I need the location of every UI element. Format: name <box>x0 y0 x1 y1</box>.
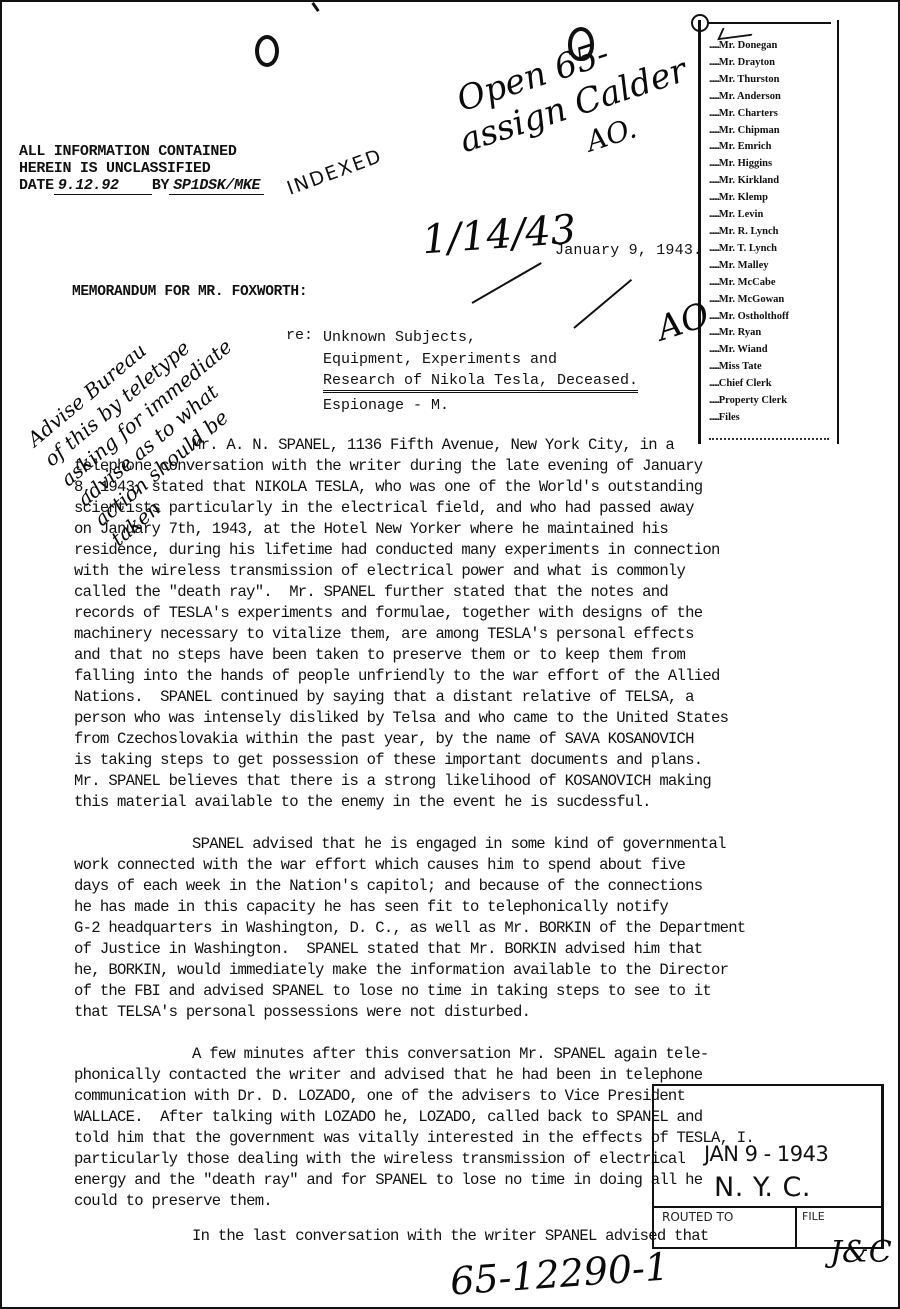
routing-slip-entry: ......Chief Clerk <box>709 376 789 393</box>
body-line: that TELSA's personal possessions were n… <box>74 1002 794 1023</box>
routing-name: Mr. Levin <box>719 209 764 220</box>
routing-dots: ...... <box>709 175 719 186</box>
routing-slip-entry: ......Mr. Ryan <box>709 325 789 342</box>
routing-slip-entry: ......Mr. Charters <box>709 106 789 123</box>
body-line: with the wireless transmission of electr… <box>74 561 794 582</box>
declass-by-label: BY <box>152 177 169 194</box>
stamp-border-left <box>652 1084 654 1247</box>
body-line: residence, during his lifetime had condu… <box>74 540 794 561</box>
routing-slip: ......Mr. Donegan......Mr. Drayton......… <box>698 20 839 444</box>
routing-dots: ...... <box>709 311 719 322</box>
body-line: scientists particularly in the electrica… <box>74 498 794 519</box>
routing-name: Miss Tate <box>719 361 762 372</box>
routing-slip-entry: ......Mr. Malley <box>709 258 789 275</box>
body-line: Mr. A. N. SPANEL, 1136 Fifth Avenue, New… <box>74 435 794 456</box>
subject-line-2: Equipment, Experiments and <box>323 349 638 371</box>
body-line: is taking steps to get possession of the… <box>74 750 794 771</box>
routing-slip-entry: ......Mr. R. Lynch <box>709 224 789 241</box>
body-line: he has made in this capacity he has seen… <box>74 897 794 918</box>
routing-name: Mr. Ostholthoff <box>719 311 789 322</box>
routing-name: Property Clerk <box>719 395 787 406</box>
body-line: of Justice in Washington. SPANEL stated … <box>74 939 794 960</box>
routing-dots: ...... <box>709 226 719 237</box>
routing-dots: ...... <box>709 344 719 355</box>
body-line: falling into the hands of people unfrien… <box>74 666 794 687</box>
body-line: of the FBI and advised SPANEL to lose no… <box>74 981 794 1002</box>
routing-dots: ...... <box>709 243 719 254</box>
memo-page: ALL INFORMATION CONTAINED HEREIN IS UNCL… <box>0 0 900 1309</box>
routing-slip-entry: ......Mr. Levin <box>709 207 789 224</box>
routing-dots: ...... <box>709 91 719 102</box>
received-stamp: JAN 9 - 1943 N. Y. C. ROUTED TO FILE <box>652 1084 884 1247</box>
routing-slip-entry: ......Files <box>709 410 789 427</box>
routing-dots: ...... <box>709 141 719 152</box>
paragraph-gap <box>74 813 794 834</box>
pen-stroke <box>472 262 542 304</box>
routing-slip-entry: ......Mr. Wiand <box>709 342 789 359</box>
routing-name: Mr. Drayton <box>719 57 775 68</box>
body-line: this material available to the enemy in … <box>74 792 794 813</box>
memo-date: January 9, 1943. <box>555 242 702 259</box>
routing-top-line <box>707 22 831 24</box>
body-line: 8, 1943, stated that NIKOLA TESLA, who w… <box>74 477 794 498</box>
re-label: re: <box>286 327 313 344</box>
declassification-stamp: ALL INFORMATION CONTAINED HEREIN IS UNCL… <box>19 143 264 195</box>
routing-circle-mark <box>691 14 709 32</box>
body-line: and that no steps have been taken to pre… <box>74 645 794 666</box>
routing-slip-entry: ......Mr. Drayton <box>709 55 789 72</box>
body-line: he, BORKIN, would immediately make the i… <box>74 960 794 981</box>
routing-name: Mr. R. Lynch <box>719 226 779 237</box>
routing-dots: ...... <box>709 395 719 406</box>
handwritten-stamp-initials: J&C <box>830 1235 892 1270</box>
routing-dots: ...... <box>709 158 719 169</box>
indexed-stamp: INDEXED <box>284 145 386 200</box>
routing-slip-entry: ......Mr. Anderson <box>709 89 789 106</box>
stamp-file-label: FILE <box>802 1210 825 1223</box>
routing-dots: ...... <box>709 209 719 220</box>
body-line: records of TESLA's experiments and formu… <box>74 603 794 624</box>
subject-line-3: Research of Nikola Tesla, Deceased. <box>323 372 638 393</box>
routing-dots: ...... <box>709 260 719 271</box>
routing-name: Mr. McCabe <box>719 277 776 288</box>
routing-dots: ...... <box>709 378 719 389</box>
subject-line-1: Unknown Subjects, <box>323 327 638 349</box>
routing-name: Mr. Higgins <box>719 158 772 169</box>
routing-dots: ...... <box>709 294 719 305</box>
body-line: called the "death ray". Mr. SPANEL furth… <box>74 582 794 603</box>
routing-dots: ...... <box>709 277 719 288</box>
declass-date-value: 9.12.92 <box>54 177 152 195</box>
routing-dots: ...... <box>709 74 719 85</box>
routing-name: Mr. Wiand <box>719 344 768 355</box>
routing-dots: ...... <box>709 125 719 136</box>
stamp-city: N. Y. C. <box>714 1172 811 1203</box>
body-paragraph: SPANEL advised that he is engaged in som… <box>74 834 794 1023</box>
body-line: on January 7th, 1943, at the Hotel New Y… <box>74 519 794 540</box>
paragraph-gap <box>74 1023 794 1044</box>
punch-hole-mark-left <box>255 35 279 67</box>
body-line: Nations. SPANEL continued by saying that… <box>74 687 794 708</box>
last-paragraph-line: In the last conversation with the writer… <box>192 1227 708 1245</box>
routing-slip-entry: ......Mr. Donegan <box>709 38 789 55</box>
body-line: telephone conversation with the writer d… <box>74 456 794 477</box>
declass-by-value: SP1DSK/MKE <box>169 177 264 195</box>
routing-dots: ...... <box>709 412 719 423</box>
routing-dots: ...... <box>709 57 719 68</box>
routing-name: Mr. Kirkland <box>719 175 779 186</box>
pen-tick-mark <box>311 2 319 12</box>
routing-name: Mr. Ryan <box>719 327 761 338</box>
routing-dots: ...... <box>709 40 719 51</box>
routing-name: Mr. Malley <box>719 260 769 271</box>
body-paragraph: Mr. A. N. SPANEL, 1136 Fifth Avenue, New… <box>74 435 794 813</box>
declass-date-label: DATE <box>19 177 54 194</box>
body-line: A few minutes after this conversation Mr… <box>74 1044 794 1065</box>
routing-name: Mr. Anderson <box>719 91 781 102</box>
handwritten-file-number: 65-12290-1 <box>449 1244 671 1303</box>
routing-name: Chief Clerk <box>719 378 772 389</box>
routing-slip-entry: ......Mr. McCabe <box>709 275 789 292</box>
stamp-border-right <box>881 1084 884 1247</box>
case-classification: Espionage - M. <box>323 397 449 414</box>
stamp-date: JAN 9 - 1943 <box>704 1142 828 1166</box>
body-line: machinery necessary to vitalize them, ar… <box>74 624 794 645</box>
routing-dots: ...... <box>709 361 719 372</box>
stamp-divider <box>652 1206 884 1208</box>
routing-name: Mr. Chipman <box>719 125 780 136</box>
routing-slip-entry: ......Mr. Chipman <box>709 123 789 140</box>
subject-block: Unknown Subjects, Equipment, Experiments… <box>323 327 638 392</box>
routing-slip-entry: ......Property Clerk <box>709 393 789 410</box>
body-line: G-2 headquarters in Washington, D. C., a… <box>74 918 794 939</box>
routing-slip-entry: ......Mr. Higgins <box>709 156 789 173</box>
body-line: phonically contacted the writer and advi… <box>74 1065 794 1086</box>
body-line: Mr. SPANEL believes that there is a stro… <box>74 771 794 792</box>
routing-slip-entry: ......Mr. T. Lynch <box>709 241 789 258</box>
routing-name: Mr. Emrich <box>719 141 772 152</box>
routing-slip-entry: ......Mr. Kirkland <box>709 173 789 190</box>
routing-name: Mr. Donegan <box>719 40 778 51</box>
body-line: person who was intensely disliked by Tel… <box>74 708 794 729</box>
routing-name: Mr. T. Lynch <box>719 243 777 254</box>
declass-line-2: HEREIN IS UNCLASSIFIED <box>19 160 264 177</box>
routing-name: Mr. Thurston <box>719 74 780 85</box>
routing-slip-entry: ......Mr. Thurston <box>709 72 789 89</box>
routing-slip-entry: ......Mr. Klemp <box>709 190 789 207</box>
routing-slip-entry: ......Mr. Emrich <box>709 139 789 156</box>
routing-slip-entry: ......Mr. McGowan <box>709 292 789 309</box>
subject-line-3-wrap: Research of Nikola Tesla, Deceased. <box>323 370 638 392</box>
stamp-routed-label: ROUTED TO <box>662 1210 733 1224</box>
routing-dots: ...... <box>709 108 719 119</box>
routing-slip-entry: ......Mr. Ostholthoff <box>709 309 789 326</box>
declass-line-1: ALL INFORMATION CONTAINED <box>19 143 264 160</box>
handwritten-assignment-note: Open 65- assign Calder AO. <box>452 12 704 196</box>
body-line: from Czechoslovakia within the past year… <box>74 729 794 750</box>
routing-dots: ...... <box>709 192 719 203</box>
routing-name: Mr. Klemp <box>719 192 768 203</box>
stamp-border-top <box>652 1084 884 1086</box>
routing-list: ......Mr. Donegan......Mr. Drayton......… <box>709 38 789 427</box>
stamp-column-divider <box>795 1206 797 1247</box>
body-line: SPANEL advised that he is engaged in som… <box>74 834 794 855</box>
body-line: work connected with the war effort which… <box>74 855 794 876</box>
routing-name: Mr. McGowan <box>719 294 785 305</box>
routing-name: Mr. Charters <box>719 108 778 119</box>
pen-stroke <box>573 279 632 329</box>
declass-line-3: DATE9.12.92BYSP1DSK/MKE <box>19 177 264 195</box>
routing-name: Files <box>719 412 740 423</box>
body-line: days of each week in the Nation's capito… <box>74 876 794 897</box>
routing-slip-entry: ......Miss Tate <box>709 359 789 376</box>
